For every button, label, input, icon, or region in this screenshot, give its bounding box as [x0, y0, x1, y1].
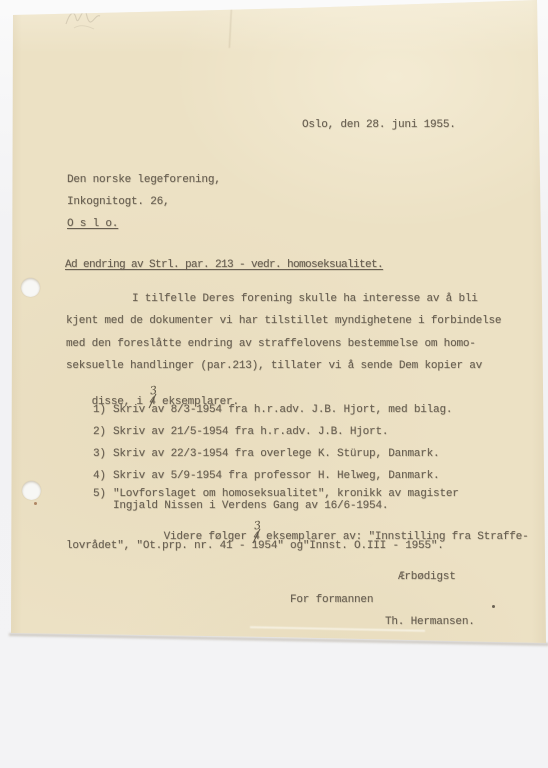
letter-date: Oslo, den 28. juni 1955. [302, 119, 456, 132]
letter-page: Oslo, den 28. juni 1955. Den norske lege… [0, 0, 548, 768]
handwritten-correction: 3 [149, 384, 158, 398]
list-number: 5) [93, 489, 113, 512]
list-text: "Lovforslaget om homoseksualitet", kroni… [113, 489, 459, 512]
body-line-1: I tilfelle Deres forening skulle ha inte… [132, 293, 478, 306]
list-item-1: 1) Skriv av 8/3-1954 fra h.r.adv. J.B. H… [93, 404, 452, 417]
list-item-4: 4) Skriv av 5/9-1954 fra professor H. He… [93, 470, 439, 483]
pencil-scribble [60, 2, 120, 36]
punch-hole-top [21, 278, 40, 297]
handwritten-correction: 3 [253, 519, 262, 533]
recipient-street: Inkognitogt. 26, [67, 196, 169, 209]
recipient-city: O s l o. [67, 218, 118, 231]
body-line-lovradet: lovrådet", "Ot.prp. nr. 41 - 1954" og"In… [66, 540, 444, 553]
list-number: 2) [93, 426, 113, 439]
body-line-4: seksuelle handlinger (par.213), tillater… [66, 360, 482, 373]
punch-hole-bottom [22, 481, 41, 500]
list-item-2: 2) Skriv av 21/5-1954 fra h.r.adv. J.B. … [93, 426, 388, 439]
list-text: Skriv av 5/9-1954 fra professor H. Helwe… [113, 470, 439, 483]
list-number: 3) [93, 448, 113, 461]
on-behalf-line: For formannen [290, 594, 373, 607]
body-line-2: kjent med de dokumenter vi har tilstille… [66, 315, 501, 328]
list-item-3: 3) Skriv av 22/3-1954 fra overlege K. St… [93, 448, 439, 461]
paper-crease-top [229, 4, 232, 48]
body-line-3: med den foreslåtte endring av straffelov… [66, 338, 476, 351]
ink-speck [492, 605, 495, 608]
valediction: Ærbødigst [398, 571, 456, 584]
list-item-5: 5) "Lovforslaget om homoseksualitet", kr… [93, 489, 459, 512]
list-text: Skriv av 21/5-1954 fra h.r.adv. J.B. Hjo… [113, 426, 388, 439]
paper-crease-corner [38, 0, 84, 9]
signature-name: Th. Hermansen. [385, 616, 475, 629]
list-text: Skriv av 8/3-1954 fra h.r.adv. J.B. Hjor… [113, 404, 452, 417]
list-text: Skriv av 22/3-1954 fra overlege K. Stüru… [113, 448, 439, 461]
subject-line: Ad endring av Strl. par. 213 - vedr. hom… [65, 259, 383, 272]
scan-background: { "page": { "background_color": "#f3f3f5… [0, 0, 548, 768]
rust-speck [34, 502, 37, 505]
recipient-name: Den norske legeforening, [67, 174, 221, 187]
list-number: 1) [93, 404, 113, 417]
list-number: 4) [93, 470, 113, 483]
